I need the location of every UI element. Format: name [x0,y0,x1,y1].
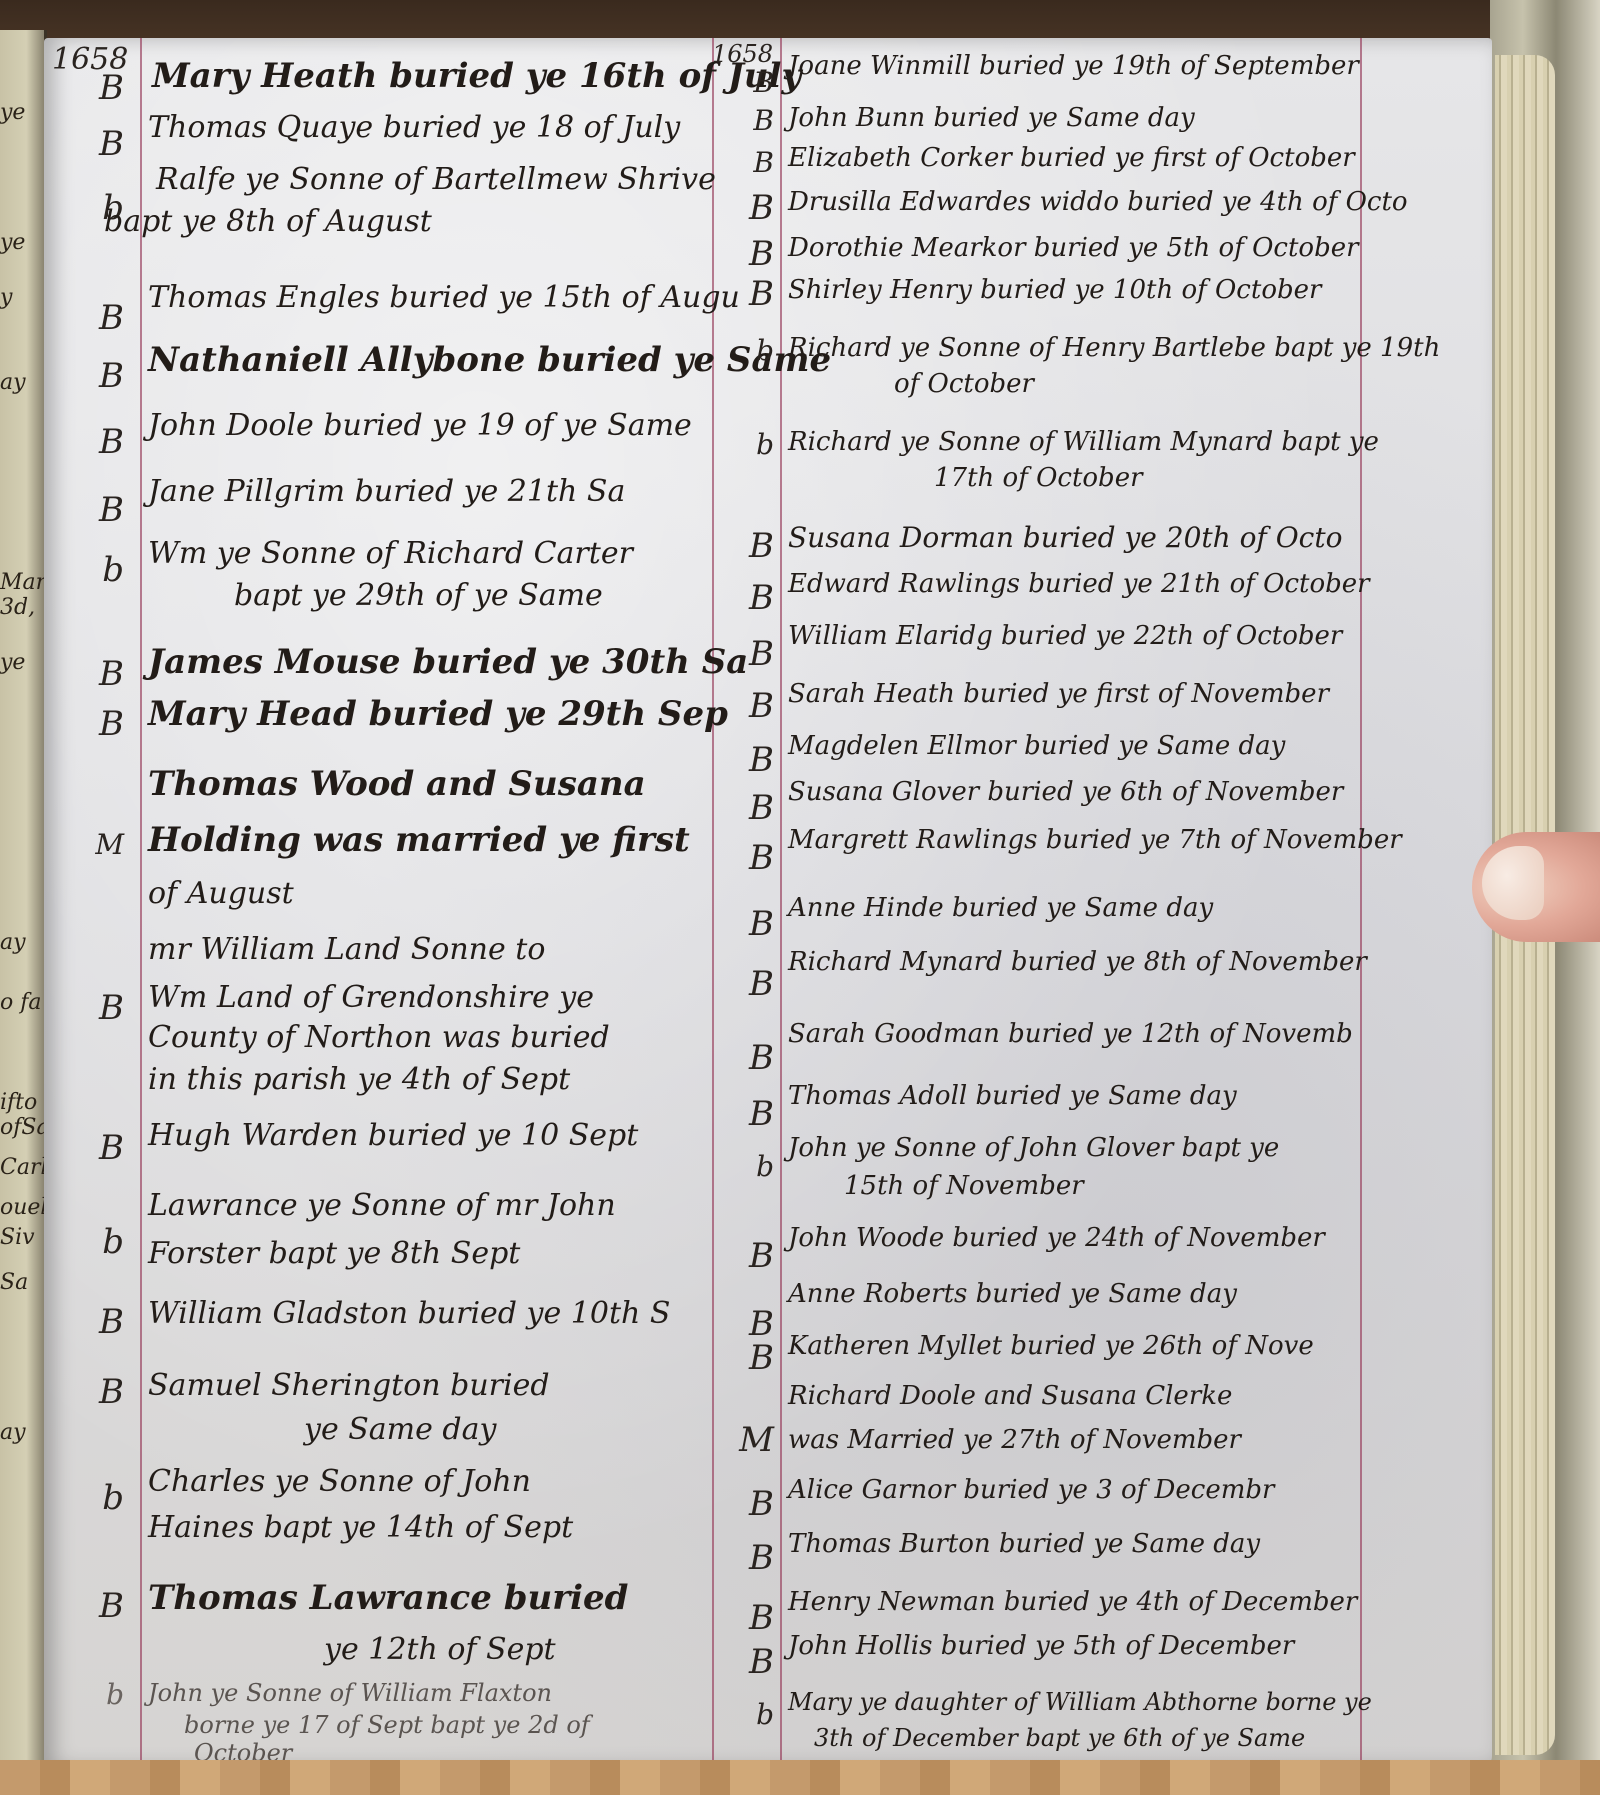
entry-text: John ye Sonne of John Glover bapt ye [788,1128,1279,1168]
entry-text: Anne Hinde buried ye Same day [788,888,1213,928]
facing-fragment: 3d, [0,595,35,620]
entry-marker: B [694,1538,774,1578]
entry-text: Susana Glover buried ye 6th of November [788,772,1343,812]
entry-text: John ye Sonne of William Flaxton [148,1678,552,1708]
entry-text: Thomas Adoll buried ye Same day [788,1076,1237,1116]
entry-text: Mary Head buried ye 29th Sep [148,694,728,734]
entry-text: of October [894,364,1034,404]
register-page: 1658 B Mary Heath buried ye 16th of July… [44,38,1492,1768]
entry-text: Sarah Goodman buried ye 12th of Novemb [788,1014,1353,1054]
entry-text: Edward Rawlings buried ye 21th of Octobe… [788,564,1370,604]
entry-text: Charles ye Sonne of John [148,1462,531,1502]
entry-marker: B [694,274,774,314]
entry-marker: B [694,788,774,828]
facing-fragment: Sa [0,1270,28,1295]
facing-fragment: ay [0,370,26,395]
entry-text: Samuel Sherington buried [148,1366,550,1406]
entry-marker: M [44,828,124,861]
entry-marker: B [44,422,124,462]
entry-text: Richard Doole and Susana Clerke [788,1376,1232,1416]
entry-marker: B [44,68,124,108]
entry-text: borne ye 17 of Sept bapt ye 2d of [184,1710,590,1740]
entry-marker: B [694,1484,774,1524]
entry-marker: B [694,104,774,137]
entry-marker: B [694,904,774,944]
entry-marker: b [44,1678,124,1711]
entry-text: Katheren Myllet buried ye 26th of Nove [788,1326,1314,1366]
facing-fragment: o fa [0,990,42,1015]
entry-marker: B [44,1586,124,1626]
entry-text: John Woode buried ye 24th of November [788,1218,1325,1258]
entry-text: Thomas Quaye buried ye 18 of July [148,108,680,148]
entry-text: Lawrance ye Sonne of mr John [148,1186,616,1226]
entry-text: Henry Newman buried ye 4th of December [788,1582,1357,1622]
entry-text: James Mouse buried ye 30th Sa [148,642,748,682]
entry-text: Wm Land of Grendonshire ye [148,978,594,1018]
entry-marker: B [44,490,124,530]
entry-marker: B [694,740,774,780]
entry-text: of August [148,874,294,914]
entry-marker: B [694,526,774,566]
entry-text: Forster bapt ye 8th Sept [148,1234,520,1274]
entry-text: Jane Pillgrim buried ye 21th Sa [148,472,625,512]
entry-marker: b [694,334,774,367]
facing-fragment: ouell [0,1195,47,1220]
facing-fragment: ye [0,100,25,125]
holding-thumb [1472,832,1600,942]
entry-marker: B [44,298,124,338]
entry-marker: b [44,1478,124,1518]
entry-marker: b [44,550,124,590]
entry-marker: B [694,188,774,228]
facing-fragment: ay [0,1420,26,1445]
facing-fragment: y [0,285,12,310]
entry-text: 15th of November [844,1166,1084,1206]
facing-fragment: ofSa [0,1115,47,1140]
entry-text: Hugh Warden buried ye 10 Sept [148,1116,638,1156]
entry-text: in this parish ye 4th of Sept [148,1060,570,1100]
entry-marker: B [694,634,774,674]
entry-marker: M [694,1420,774,1460]
facing-fragment: Carls [0,1155,47,1180]
column-rule-right-start [780,38,782,1768]
entry-text: Haines bapt ye 14th of Sept [148,1508,573,1548]
entry-text: 3th of December bapt ye 6th of ye Same [814,1718,1305,1758]
entry-text: John Hollis buried ye 5th of December [788,1626,1294,1666]
entry-text: bapt ye 8th of August [104,202,432,242]
entry-marker: B [44,1302,124,1342]
entry-text: Drusilla Edwardes widdo buried ye 4th of… [788,182,1408,222]
entry-marker: B [44,988,124,1028]
thumbnail-nail [1482,846,1544,920]
entry-text: John Bunn buried ye Same day [788,98,1195,138]
entry-marker: B [694,1038,774,1078]
entry-marker: B [694,66,774,99]
entry-marker: B [694,1236,774,1276]
entry-marker: b [44,1222,124,1262]
facing-fragment: ye [0,230,25,255]
entry-text: Margrett Rawlings buried ye 7th of Novem… [788,820,1402,860]
entry-marker: B [694,964,774,1004]
entry-marker: B [44,124,124,164]
entry-marker: B [694,838,774,878]
facing-page: ye ye y ay Mar 3d, ye ay o fa ifto ofSa … [0,30,47,1770]
wooden-table-edge [0,1760,1600,1795]
facing-fragment: Mar [0,570,46,595]
entry-marker: B [44,356,124,396]
facing-fragment: ye [0,650,25,675]
entry-text: Alice Garnor buried ye 3 of Decembr [788,1470,1274,1510]
entry-text: Anne Roberts buried ye Same day [788,1274,1237,1314]
entry-text: Ralfe ye Sonne of Bartellmew Shrive [156,160,716,200]
entry-text: Richard Mynard buried ye 8th of November [788,942,1367,982]
year-label: 1658 [712,40,773,68]
entry-text: Thomas Lawrance buried [148,1578,628,1618]
entry-text: Elizabeth Corker buried ye first of Octo… [788,138,1355,178]
entry-text: Thomas Engles buried ye 15th of Augu [148,278,740,318]
entry-text: bapt ye 29th of ye Same [234,576,603,616]
entry-text: Holding was married ye first [148,820,690,860]
entry-text: was Married ye 27th of November [788,1420,1241,1460]
entry-marker: B [44,1128,124,1168]
entry-marker: B [694,234,774,274]
entry-text: William Elaridg buried ye 22th of Octobe… [788,616,1342,656]
entry-text: John Doole buried ye 19 of ye Same [148,406,692,446]
entry-text: Susana Dorman buried ye 20th of Octo [788,518,1342,558]
facing-fragment: Siv [0,1225,35,1250]
entry-text: ye Same day [304,1410,496,1450]
entry-text: Shirley Henry buried ye 10th of October [788,270,1321,310]
entry-text: Dorothie Mearkor buried ye 5th of Octobe… [788,228,1359,268]
entry-text: William Gladston buried ye 10th S [148,1294,670,1334]
entry-text: 17th of October [934,458,1143,498]
entry-marker: B [694,146,774,179]
entry-marker: B [694,1094,774,1134]
facing-fragment: ifto [0,1090,37,1115]
entry-marker: B [694,1338,774,1378]
margin-rule-right [1360,38,1362,1768]
entry-marker: b [694,1150,774,1183]
entry-marker: B [44,704,124,744]
entry-marker: B [694,1642,774,1682]
entry-text: Sarah Heath buried ye first of November [788,674,1329,714]
margin-rule-left [140,38,142,1768]
entry-text: Joane Winmill buried ye 19th of Septembe… [788,46,1359,86]
entry-marker: b [694,1698,774,1731]
entry-text: Magdelen Ellmor buried ye Same day [788,726,1285,766]
entry-text: Wm ye Sonne of Richard Carter [148,534,633,574]
entry-text: Thomas Burton buried ye Same day [788,1524,1260,1564]
entry-text: Richard ye Sonne of William Mynard bapt … [788,422,1379,462]
entry-text: ye 12th of Sept [324,1630,556,1670]
entry-text: mr William Land Sonne to [148,930,545,970]
entry-marker: B [694,578,774,618]
entry-text: Richard ye Sonne of Henry Bartlebe bapt … [788,328,1440,368]
entry-marker: b [694,428,774,461]
entry-text: Thomas Wood and Susana [148,764,646,804]
entry-marker: B [44,654,124,694]
entry-text: County of Northon was buried [148,1018,610,1058]
entry-marker: B [694,1598,774,1638]
entry-marker: B [44,1372,124,1412]
entry-text: Mary ye daughter of William Abthorne bor… [788,1682,1372,1722]
entry-marker: B [694,686,774,726]
facing-fragment: ay [0,930,26,955]
